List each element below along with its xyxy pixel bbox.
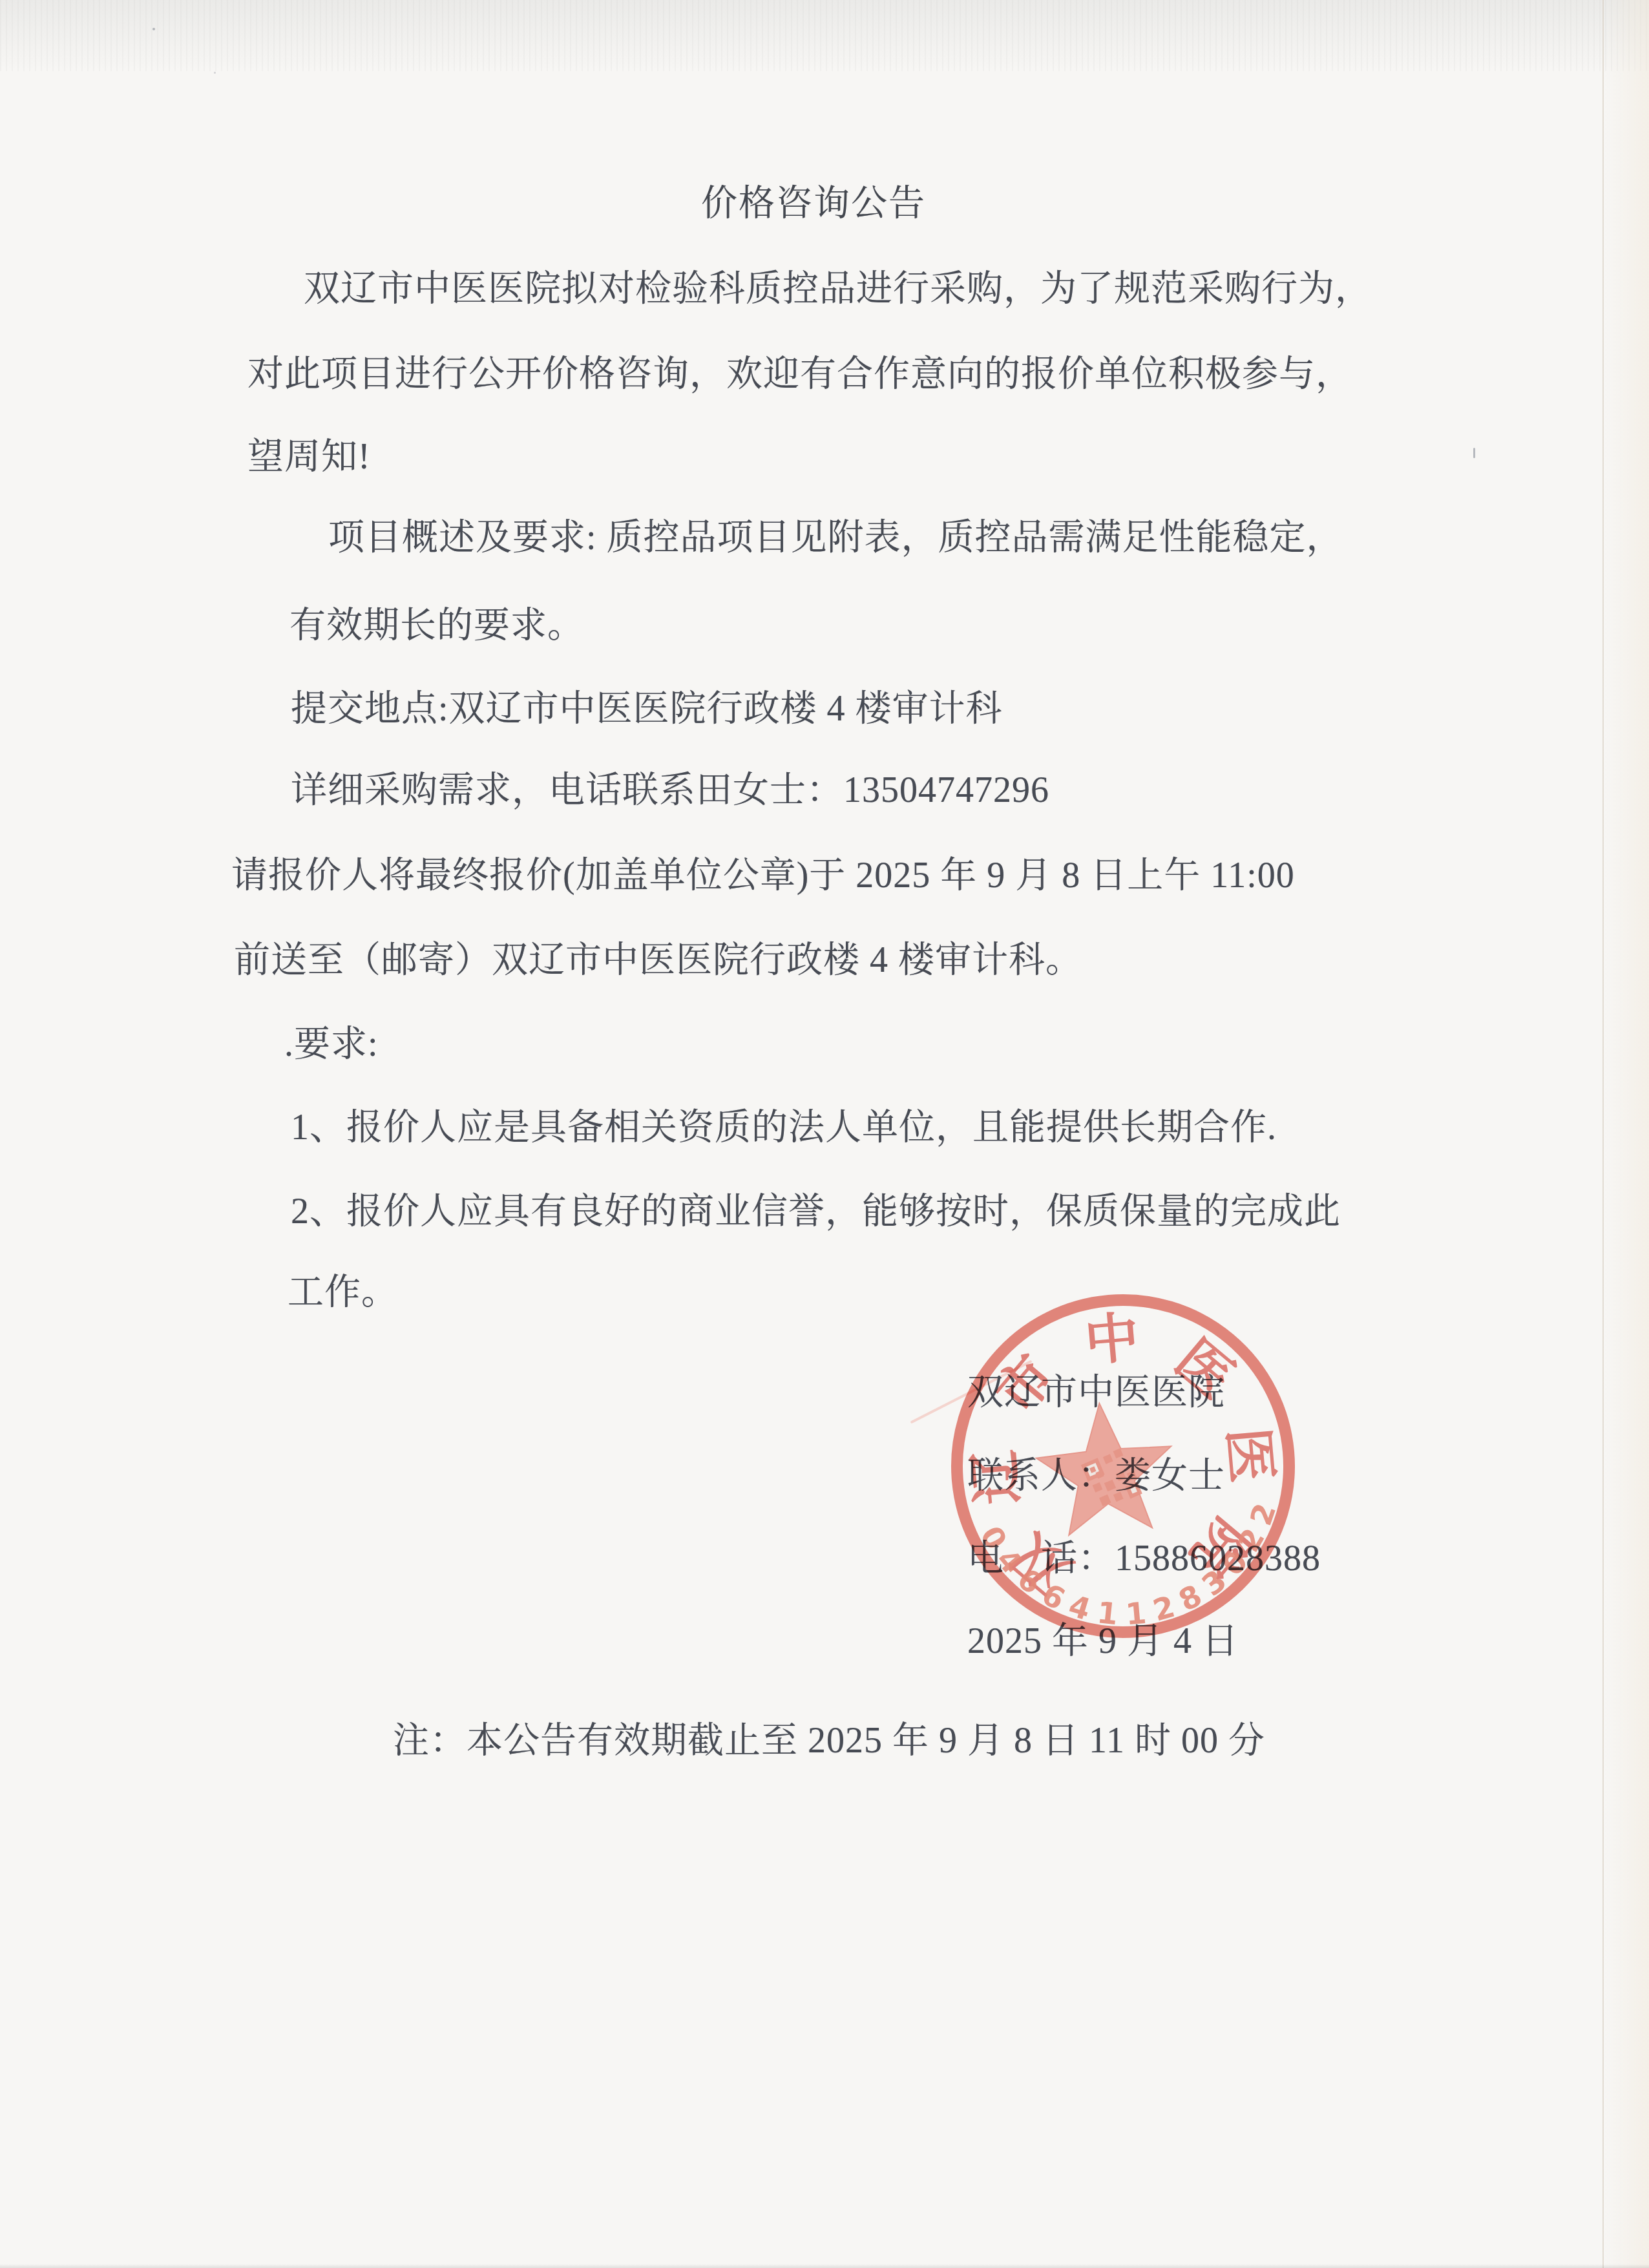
requirements-heading: .要求:	[284, 1024, 379, 1065]
body-line-2: 对此项目进行公开价格咨询，欢迎有合作意向的报价单位积极参与，	[247, 353, 1352, 395]
scan-shadow-bottom-edge	[0, 2264, 1649, 2268]
signature-contact-line: 联系人：娄女士	[967, 1455, 1225, 1496]
requirement-item-2-cont: 工作。	[288, 1272, 398, 1313]
scanned-document-page: 价格咨询公告 双辽市中医医院拟对检验科质控品进行采购，为了规范采购行为， 对此项…	[0, 0, 1649, 2268]
scan-noise-top-edge	[0, 0, 1649, 71]
scan-speck	[214, 72, 216, 74]
requirement-item-2: 2、报价人应具有良好的商业信誉，能够按时，保质保量的完成此	[291, 1191, 1341, 1232]
svg-text:医: 医	[1217, 1425, 1281, 1485]
svg-text:2: 2	[1243, 1499, 1283, 1530]
validity-note-line: 注：本公告有效期截止至 2025 年 9 月 8 日 11 时 00 分	[393, 1720, 1265, 1761]
signature-phone-line: 电 话：15886028388	[967, 1538, 1321, 1579]
body-line-1: 双辽市中医医院拟对检验科质控品进行采购，为了规范采购行为，	[304, 268, 1372, 310]
svg-text:6: 6	[1036, 1577, 1071, 1617]
mailing-address-line: 前送至（邮寄）双辽市中医医院行政楼 4 楼审计科。	[234, 940, 1082, 981]
signature-date-line: 2025 年 9 月 4 日	[967, 1621, 1239, 1662]
body-line-3: 望周知!	[247, 436, 371, 478]
body-line-5: 有效期长的要求。	[289, 605, 584, 646]
body-line-4: 项目概述及要求: 质控品项目见附表，质控品需满足性能稳定，	[328, 517, 1343, 558]
submission-location-line: 提交地点:双辽市中医医院行政楼 4 楼审计科	[291, 688, 1003, 730]
scan-shadow-right-edge	[1602, 0, 1649, 2268]
requirement-item-1: 1、报价人应是具备相关资质的法人单位，且能提供长期合作.	[291, 1107, 1277, 1148]
deadline-line: 请报价人将最终报价(加盖单位公章)于 2025 年 9 月 8 日上午 11:0…	[231, 855, 1295, 896]
doc-title: 价格咨询公告	[701, 183, 926, 224]
contact-phone-line: 详细采购需求，电话联系田女士：13504747296	[291, 770, 1049, 811]
scan-speck	[152, 28, 155, 30]
svg-text:8: 8	[1173, 1578, 1207, 1619]
scan-speck	[1473, 448, 1475, 458]
signature-org-line: 双辽市中医医院	[967, 1372, 1225, 1413]
svg-text:中: 中	[1082, 1308, 1142, 1372]
